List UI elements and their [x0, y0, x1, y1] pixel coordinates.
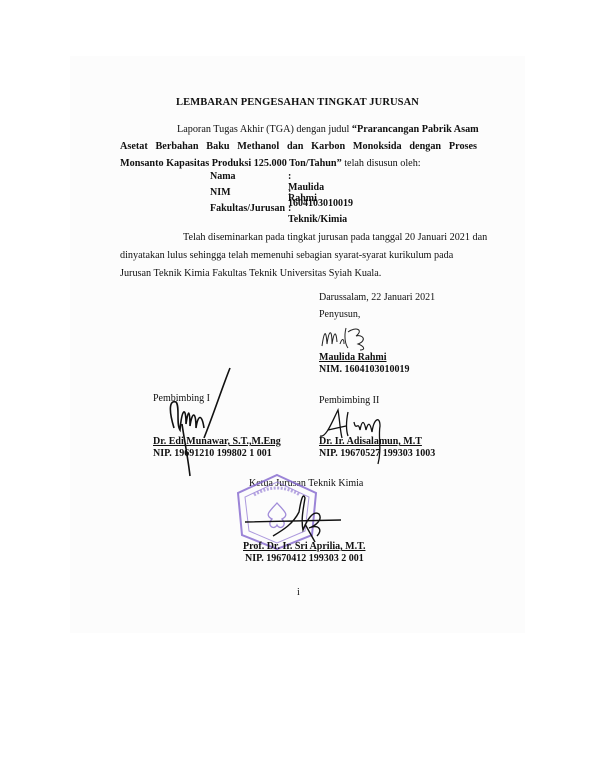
supervisor2-role: Pembimbing II	[319, 395, 379, 406]
supervisor2-name: Dr. Ir. Adisalamun, M.T	[319, 436, 422, 447]
supervisor1-nip: NIP. 19691210 199802 1 001	[153, 448, 272, 459]
author-role: Penyusun,	[319, 309, 360, 320]
intro-title-2: Asetat Berbahan Baku Methanol dan Karbon…	[120, 138, 477, 155]
intro-title-1: “Prarancangan Pabrik Asam	[352, 124, 479, 135]
supervisor2-nip: NIP. 19670527 199303 1003	[319, 448, 435, 459]
supervisor1-signature-icon	[160, 368, 240, 478]
page-number: i	[297, 587, 300, 598]
statement-line-3: Jurusan Teknik Kimia Fakultas Teknik Uni…	[120, 265, 381, 282]
supervisor1-name: Dr. Edi Munawar, S.T.,M.Eng	[153, 436, 281, 447]
author-nim: NIM. 1604103010019	[319, 364, 410, 375]
document-title: LEMBARAN PENGESAHAN TINGKAT JURUSAN	[0, 97, 595, 108]
intro-line-3: Monsanto Kapasitas Produksi 125.000 Ton/…	[120, 155, 421, 172]
head-name: Prof. Dr. Ir. Sri Aprilia, M.T.	[243, 541, 366, 552]
intro-suffix: telah disusun oleh:	[342, 158, 421, 169]
intro-title-3: Monsanto Kapasitas Produksi 125.000 Ton/…	[120, 158, 342, 169]
identity-label: NIM	[210, 187, 231, 198]
author-signature-icon	[318, 322, 378, 352]
statement-line-1: Telah diseminarkan pada tingkat jurusan …	[183, 229, 487, 246]
intro-prefix: Laporan Tugas Akhir (TGA) dengan judul	[177, 124, 352, 135]
head-nip: NIP. 19670412 199303 2 001	[245, 553, 364, 564]
intro-line-1: Laporan Tugas Akhir (TGA) dengan judul “…	[177, 121, 479, 138]
place-date: Darussalam, 22 Januari 2021	[319, 292, 435, 303]
identity-value: : Teknik/Kimia	[288, 203, 347, 225]
statement-line-2: dinyatakan lulus sehingga telah memenuhi…	[120, 247, 453, 264]
identity-label: Fakultas/Jurusan	[210, 203, 285, 214]
identity-label: Nama	[210, 171, 236, 182]
author-name: Maulida Rahmi	[319, 352, 387, 363]
